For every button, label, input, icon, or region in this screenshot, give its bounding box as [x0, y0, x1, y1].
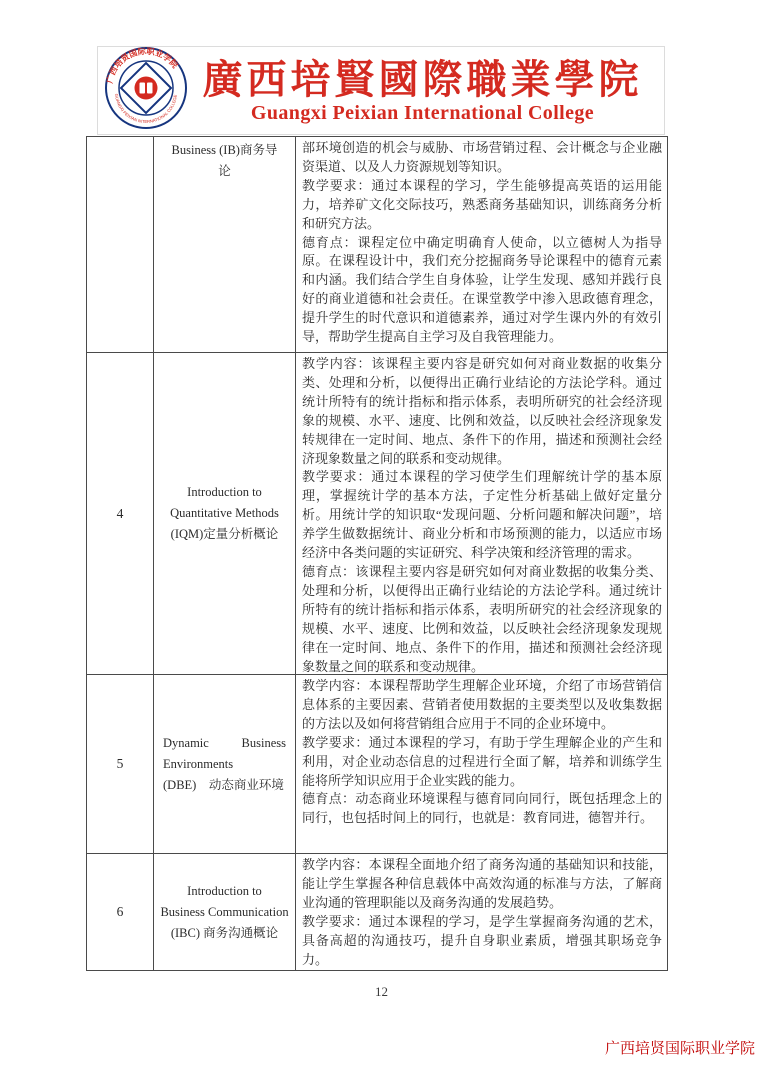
row-number-cell: 5	[87, 675, 154, 853]
course-name-line: Environments	[163, 754, 286, 775]
description-paragraph: 德育点：动态商业环境课程与德育同向同行，既包括理念上的同行，也包括时间上的同行，…	[302, 790, 662, 828]
table-row: 6 Introduction toBusiness Communication(…	[87, 854, 667, 970]
description-paragraph: 教学内容：本课程全面地介绍了商务沟通的基础知识和技能，能让学生掌握各种信息载体中…	[302, 856, 662, 913]
row-number-cell	[87, 137, 154, 352]
description-paragraph: 教学要求：通过本课程的学习使学生们理解统计学的基本原理，掌握统计学的基本方法，子…	[302, 468, 662, 563]
description-paragraph: 德育点：在教学过程中融入德育教育，让学生更好地掌握商务沟	[302, 969, 662, 970]
description-paragraph: 教学要求：通过本课程的学习，是学生掌握商务沟通的艺术，具备高超的沟通技巧，提升自…	[302, 913, 662, 970]
description-paragraph: 德育点：课程定位中确定明确育人使命，以立德树人为指导原。在课程设计中，我们充分挖…	[302, 234, 662, 347]
course-name-line: Dynamic Business	[163, 733, 286, 754]
college-name-en: Guangxi Peixian International College	[187, 102, 658, 124]
course-name-cell: Dynamic BusinessEnvironments(DBE) 动态商业环境	[154, 675, 296, 853]
course-description-cell: 教学内容：该课程主要内容是研究如何对商业数据的收集分类、处理和分析，以便得出正确…	[296, 353, 667, 674]
footer-college-name: 广西培贤国际职业学院	[605, 1037, 755, 1058]
college-seal-icon: 广西培贤国际职业学院 GUANGXI PEIXIAN INTERNATIONAL…	[105, 47, 187, 129]
row-number: 4	[117, 506, 124, 522]
description-paragraph: 部环境创造的机会与威胁、市场营销过程、会计概念与企业融资渠道、以及人力资源规划等…	[302, 139, 662, 177]
course-name-line: 论	[159, 161, 290, 182]
description-paragraph: 教学要求：通过本课程的学习，有助于学生理解企业的产生和利用，对企业动态信息的过程…	[302, 734, 662, 791]
course-name-cell: Business (IB)商务导论	[154, 137, 296, 352]
course-description-cell: 教学内容：本课程帮助学生理解企业环境，介绍了市场营销信息体系的主要因素、营销者使…	[296, 675, 667, 853]
course-name-line: Introduction to	[159, 881, 290, 902]
college-header-banner: 广西培贤国际职业学院 GUANGXI PEIXIAN INTERNATIONAL…	[97, 46, 665, 135]
table-row: 4 Introduction toQuantitative Methods(IQ…	[87, 353, 667, 675]
course-name-cell: Introduction toQuantitative Methods(IQM)…	[154, 353, 296, 674]
course-table: Business (IB)商务导论 部环境创造的机会与威胁、市场营销过程、会计概…	[86, 136, 668, 971]
college-titles: 廣西培賢國際職業學院 Guangxi Peixian International…	[187, 58, 664, 124]
row-number-cell: 4	[87, 353, 154, 674]
description-paragraph: 教学内容：该课程主要内容是研究如何对商业数据的收集分类、处理和分析，以便得出正确…	[302, 355, 662, 468]
course-name-line: (DBE) 动态商业环境	[163, 775, 286, 796]
course-name-line: (IQM)定量分析概论	[159, 524, 290, 545]
college-logo: 广西培贤国际职业学院 GUANGXI PEIXIAN INTERNATIONAL…	[105, 47, 187, 134]
description-paragraph: 德育点：该课程主要内容是研究如何对商业数据的收集分类、处理和分析，以便得出正确行…	[302, 563, 662, 674]
course-description-cell: 部环境创造的机会与威胁、市场营销过程、会计概念与企业融资渠道、以及人力资源规划等…	[296, 137, 667, 352]
course-description-cell: 教学内容：本课程全面地介绍了商务沟通的基础知识和技能，能让学生掌握各种信息载体中…	[296, 854, 667, 970]
page-number: 12	[0, 984, 763, 1000]
description-paragraph: 教学内容：本课程帮助学生理解企业环境，介绍了市场营销信息体系的主要因素、营销者使…	[302, 677, 662, 734]
row-number-cell: 6	[87, 854, 154, 970]
document-page: 广西培贤国际职业学院 GUANGXI PEIXIAN INTERNATIONAL…	[0, 0, 763, 1080]
course-name-line: Business (IB)商务导	[159, 140, 290, 161]
description-paragraph: 教学要求：通过本课程的学习，学生能够提高英语的运用能力，培养矿文化交际技巧，熟悉…	[302, 177, 662, 234]
course-name-cell: Introduction toBusiness Communication(IB…	[154, 854, 296, 970]
college-name-zh: 廣西培賢國際職業學院	[187, 58, 658, 102]
row-number: 5	[117, 756, 124, 772]
course-name-line: Business Communication	[159, 902, 290, 923]
course-name-line: Quantitative Methods	[159, 503, 290, 524]
table-row: 5 Dynamic BusinessEnvironments(DBE) 动态商业…	[87, 675, 667, 854]
course-name-line: (IBC) 商务沟通概论	[159, 923, 290, 944]
table-row: Business (IB)商务导论 部环境创造的机会与威胁、市场营销过程、会计概…	[87, 137, 667, 353]
course-name-line: Introduction to	[159, 482, 290, 503]
row-number: 6	[117, 904, 124, 920]
